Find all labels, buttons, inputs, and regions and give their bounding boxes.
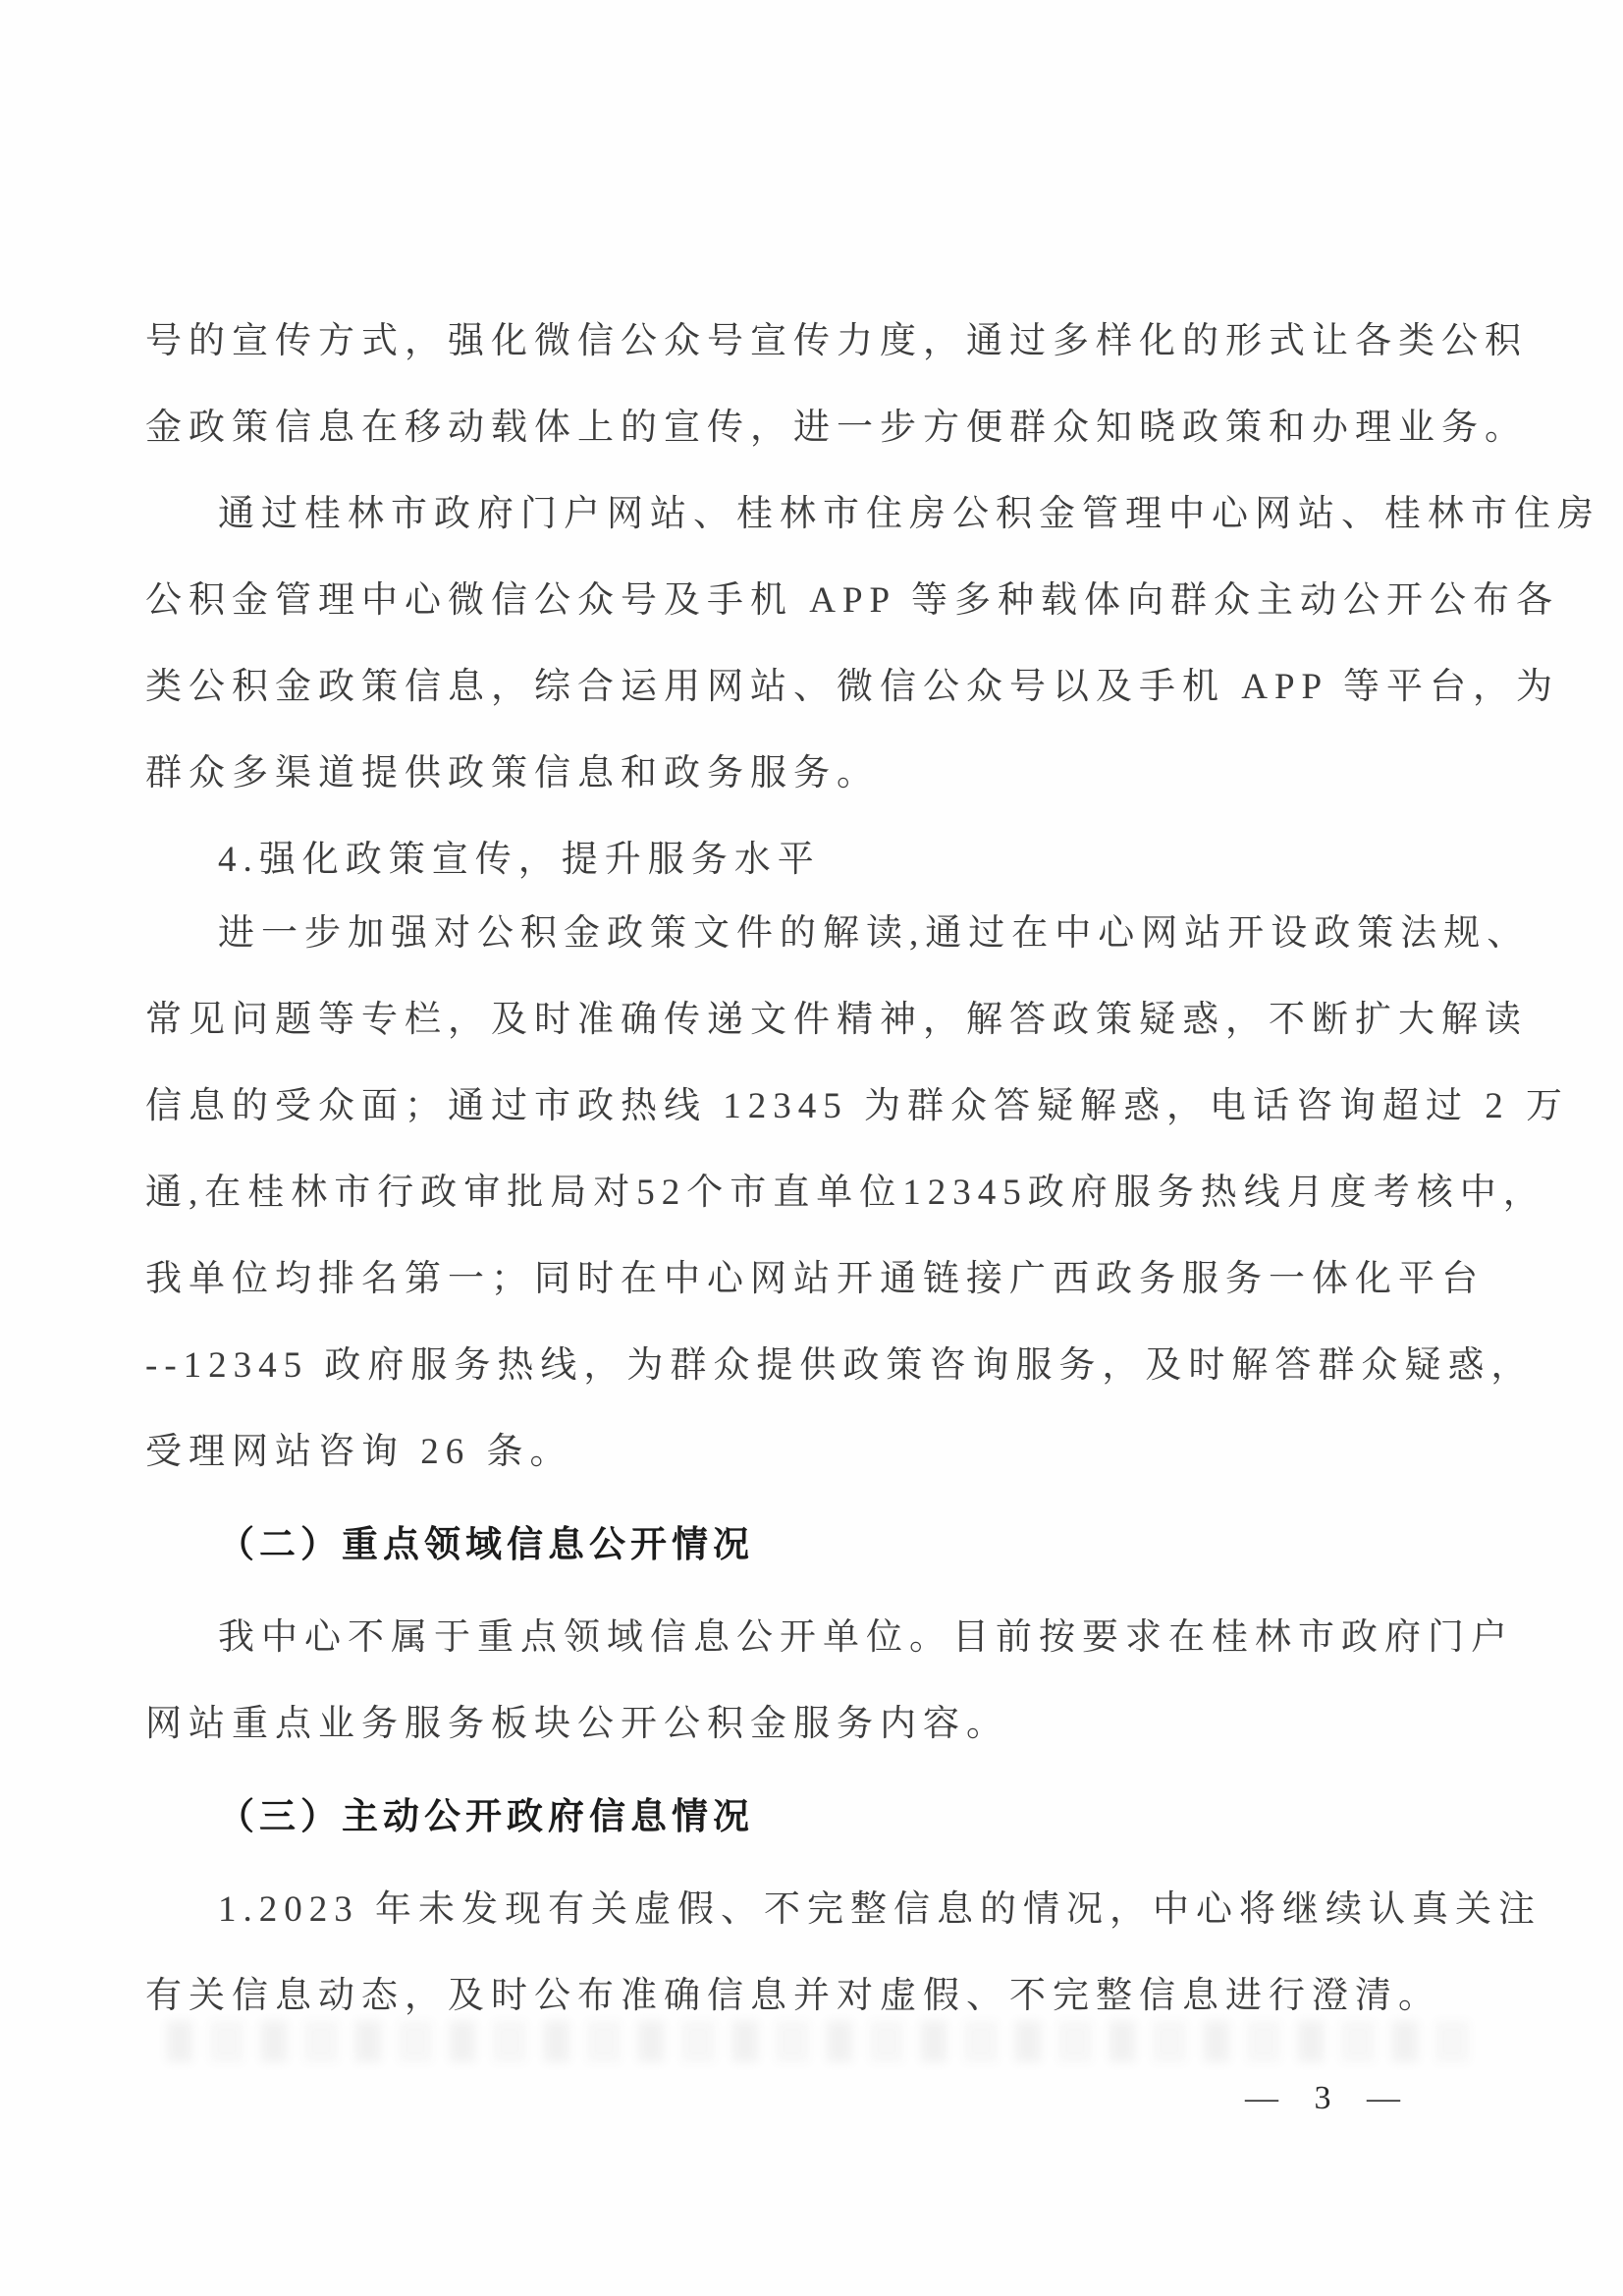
section-heading-3: （三）主动公开政府信息情况 [145, 1772, 1490, 1862]
page-number: — 3 — [1245, 2080, 1414, 2117]
document-line: 我单位均排名第一；同时在中心网站开通链接广西政务服务一体化平台 [145, 1236, 1490, 1323]
bleed-through-artifact [167, 2021, 1473, 2062]
document-line: 公积金管理中心微信公众号及手机 APP 等多种载体向群众主动公开公布各 [145, 558, 1490, 644]
document-body: 号的宣传方式，强化微信公众号宣传力度，通过多样化的形式让各类公积 金政策信息在移… [145, 299, 1490, 2040]
document-line: 我中心不属于重点领域信息公开单位。目前按要求在桂林市政府门户 [145, 1595, 1490, 1681]
document-line: 群众多渠道提供政策信息和政务服务。 [145, 731, 1490, 817]
document-line: 网站重点业务服务板块公开公积金服务内容。 [145, 1681, 1490, 1768]
document-line: 1.2023 年未发现有关虚假、不完整信息的情况，中心将继续认真关注 [145, 1867, 1490, 1953]
document-line: 常见问题等专栏，及时准确传递文件精神，解答政策疑惑，不断扩大解读 [145, 977, 1490, 1064]
document-line: 受理网站咨询 26 条。 [145, 1409, 1490, 1496]
document-line: 通过桂林市政府门户网站、桂林市住房公积金管理中心网站、桂林市住房 [145, 471, 1490, 558]
document-line: 号的宣传方式，强化微信公众号宣传力度，通过多样化的形式让各类公积 [145, 299, 1490, 385]
scanned-document-page: 号的宣传方式，强化微信公众号宣传力度，通过多样化的形式让各类公积 金政策信息在移… [0, 0, 1623, 2296]
document-line: 通,在桂林市行政审批局对52个市直单位12345政府服务热线月度考核中， [145, 1150, 1490, 1236]
document-line: 金政策信息在移动载体上的宣传，进一步方便群众知晓政策和办理业务。 [145, 385, 1490, 471]
document-line: 类公积金政策信息，综合运用网站、微信公众号以及手机 APP 等平台，为 [145, 644, 1490, 731]
document-line: 进一步加强对公积金政策文件的解读,通过在中心网站开设政策法规、 [145, 891, 1490, 977]
section-heading-2: （二）重点领域信息公开情况 [145, 1500, 1490, 1590]
document-line: --12345 政府服务热线，为群众提供政策咨询服务，及时解答群众疑惑， [145, 1323, 1490, 1409]
document-line: 信息的受众面；通过市政热线 12345 为群众答疑解惑，电话咨询超过 2 万 [145, 1064, 1490, 1150]
